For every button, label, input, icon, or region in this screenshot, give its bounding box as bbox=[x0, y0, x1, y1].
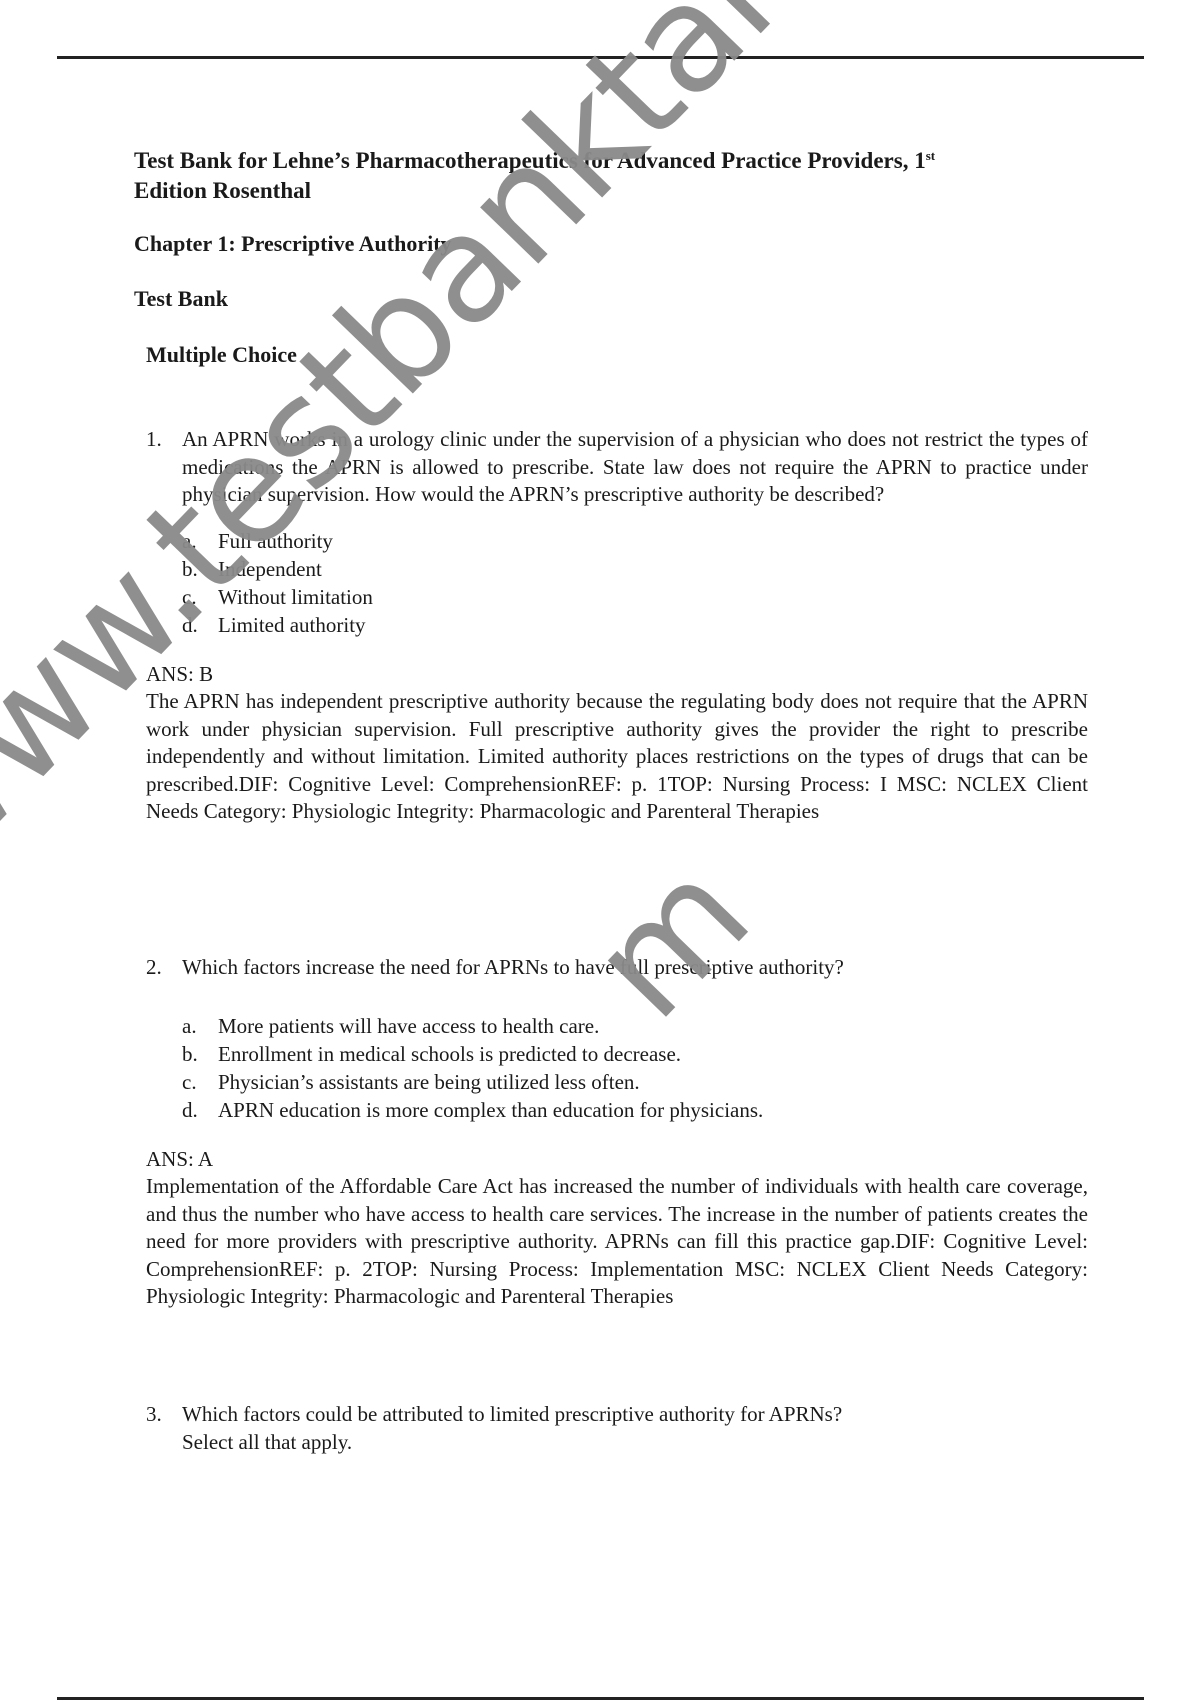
question-number: 2. bbox=[146, 954, 182, 982]
option-text: Without limitation bbox=[218, 583, 373, 611]
option-text: Limited authority bbox=[218, 611, 366, 639]
document-page: Test Bank for Lehne’s Pharmacotherapeuti… bbox=[0, 0, 1200, 1700]
option-text: Physician’s assistants are being utilize… bbox=[218, 1068, 640, 1096]
option-a: a.Full authority bbox=[182, 527, 1088, 555]
rationale: Implementation of the Affordable Care Ac… bbox=[146, 1173, 1088, 1311]
answer-key: ANS: A bbox=[146, 1146, 1088, 1174]
answer-options: a.More patients will have access to heal… bbox=[182, 1012, 1088, 1124]
option-letter: a. bbox=[182, 527, 218, 555]
title-main: Test Bank for Lehne’s Pharmacotherapeuti… bbox=[134, 148, 926, 173]
option-d: d.Limited authority bbox=[182, 611, 1088, 639]
answer-key: ANS: B bbox=[146, 661, 1088, 689]
option-text: Full authority bbox=[218, 527, 333, 555]
option-text: Enrollment in medical schools is predict… bbox=[218, 1040, 681, 1068]
option-b: b.Enrollment in medical schools is predi… bbox=[182, 1040, 1088, 1068]
option-text: APRN education is more complex than educ… bbox=[218, 1096, 763, 1124]
option-text: More patients will have access to health… bbox=[218, 1012, 599, 1040]
option-b: b.Independent bbox=[182, 555, 1088, 583]
option-letter: c. bbox=[182, 1068, 218, 1096]
chapter-heading: Chapter 1: Prescriptive Authority bbox=[134, 231, 452, 257]
question-stem-line-1: Which factors could be attributed to lim… bbox=[182, 1402, 842, 1426]
rationale: The APRN has independent prescriptive au… bbox=[146, 688, 1088, 826]
option-c: c.Physician’s assistants are being utili… bbox=[182, 1068, 1088, 1096]
option-a: a.More patients will have access to heal… bbox=[182, 1012, 1088, 1040]
title-line-2: Edition Rosenthal bbox=[134, 178, 311, 203]
question-stem: An APRN works in a urology clinic under … bbox=[182, 426, 1088, 509]
option-letter: b. bbox=[182, 1040, 218, 1068]
document-title: Test Bank for Lehne’s Pharmacotherapeuti… bbox=[134, 146, 1094, 206]
option-text: Independent bbox=[218, 555, 322, 583]
option-letter: b. bbox=[182, 555, 218, 583]
option-d: d.APRN education is more complex than ed… bbox=[182, 1096, 1088, 1124]
option-letter: c. bbox=[182, 583, 218, 611]
option-c: c.Without limitation bbox=[182, 583, 1088, 611]
question-2: 2. Which factors increase the need for A… bbox=[146, 954, 1088, 1311]
question-3: 3. Which factors could be attributed to … bbox=[146, 1401, 1088, 1456]
option-letter: a. bbox=[182, 1012, 218, 1040]
option-letter: d. bbox=[182, 1096, 218, 1124]
question-number: 3. bbox=[146, 1401, 182, 1456]
question-stem-line-2: Select all that apply. bbox=[182, 1430, 352, 1454]
section-heading: Test Bank bbox=[134, 286, 228, 312]
option-letter: d. bbox=[182, 611, 218, 639]
question-1: 1. An APRN works in a urology clinic und… bbox=[146, 426, 1088, 826]
subsection-heading: Multiple Choice bbox=[146, 342, 297, 368]
answer-options: a.Full authority b.Independent c.Without… bbox=[182, 527, 1088, 639]
title-superscript: st bbox=[926, 148, 935, 163]
question-stem: Which factors increase the need for APRN… bbox=[182, 954, 1088, 982]
question-stem: Which factors could be attributed to lim… bbox=[182, 1401, 1088, 1456]
question-number: 1. bbox=[146, 426, 182, 509]
